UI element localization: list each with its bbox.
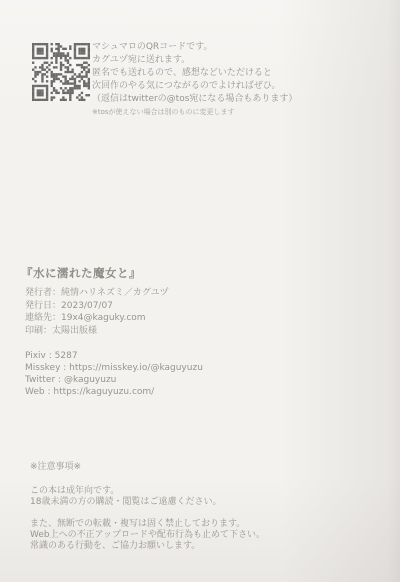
link-separator: : bbox=[46, 351, 55, 361]
qr-text-line: マシュマロのQRコードです。 bbox=[92, 41, 392, 54]
notice-section: ※注意事項※ この本は成年向です。 18歳未満の方の購読・閲覧はご遠慮ください。… bbox=[30, 459, 265, 552]
publication-separator: ： bbox=[52, 301, 61, 311]
link-separator: : bbox=[55, 375, 64, 385]
notice-line: 18歳未満の方の購読・閲覧はご遠慮ください。 bbox=[30, 497, 265, 508]
publication-label: 連絡先 bbox=[25, 313, 52, 323]
publication-row-date: 発行日：2023/07/07 bbox=[25, 300, 169, 313]
publication-label: 発行日 bbox=[25, 301, 52, 311]
publication-info: 発行者：純情ハリネズミ／カグユヅ 発行日：2023/07/07 連絡先：19x4… bbox=[25, 287, 169, 337]
qr-text-line: カグユヅ宛に送れます。 bbox=[92, 54, 392, 67]
link-row-misskey: Misskey : https://misskey.io/@kaguyuzu bbox=[25, 362, 203, 374]
link-value: 5287 bbox=[55, 351, 78, 361]
notice-paragraph-gap bbox=[30, 509, 265, 519]
link-row-web: Web : https://kaguyuzu.com/ bbox=[25, 386, 203, 398]
link-separator: : bbox=[60, 363, 69, 373]
publication-value: 純情ハリネズミ／カグユヅ bbox=[61, 288, 169, 298]
publication-label: 発行者 bbox=[25, 288, 52, 298]
qr-description: マシュマロのQRコードです。 カグユヅ宛に送れます。 匿名でも送れるので、感想な… bbox=[92, 41, 392, 117]
qr-text-line: 次回作のやる気につながるのでよければぜひ。 bbox=[92, 80, 392, 93]
notice-line: この本は成年向です。 bbox=[30, 486, 265, 497]
notice-header: ※注意事項※ bbox=[30, 459, 265, 472]
book-title: 『水に濡れた魔女と』 bbox=[21, 265, 141, 281]
marshmallow-qr-code-icon bbox=[32, 43, 90, 101]
publication-value: 19x4@kaguky.com bbox=[61, 313, 146, 323]
publication-row-publisher: 発行者：純情ハリネズミ／カグユヅ bbox=[25, 287, 169, 300]
notice-line: また、無断での転載・複写は固く禁止しております。 bbox=[30, 519, 265, 530]
publication-separator: ： bbox=[43, 326, 52, 336]
qr-footnote: ※tosが使えない場合は別のものに変更します bbox=[92, 107, 392, 117]
qr-text-line: 匿名でも送れるので、感想などいただけると bbox=[92, 67, 392, 80]
publication-row-printer: 印刷：太陽出版様 bbox=[25, 325, 169, 338]
link-value: https://misskey.io/@kaguyuzu bbox=[69, 363, 203, 373]
link-label: Misskey bbox=[25, 363, 60, 373]
publication-value: 2023/07/07 bbox=[61, 301, 113, 311]
notice-line: 常識のある行動を、ご協力お願いします。 bbox=[30, 541, 265, 552]
link-label: Web bbox=[25, 387, 45, 397]
publication-separator: ： bbox=[52, 288, 61, 298]
qr-text-line: （返信はtwitterの@tos宛になる場合もあります） bbox=[92, 93, 392, 106]
link-label: Twitter bbox=[25, 375, 55, 385]
publication-separator: ： bbox=[52, 313, 61, 323]
link-value: https://kaguyuzu.com/ bbox=[53, 387, 154, 397]
colophon-page: マシュマロのQRコードです。 カグユヅ宛に送れます。 匿名でも送れるので、感想な… bbox=[0, 0, 400, 582]
publication-value: 太陽出版様 bbox=[52, 326, 97, 336]
link-label: Pixiv bbox=[25, 351, 46, 361]
publication-label: 印刷 bbox=[25, 326, 43, 336]
link-row-twitter: Twitter : @kaguyuzu bbox=[25, 374, 203, 386]
links-section: Pixiv : 5287 Misskey : https://misskey.i… bbox=[25, 350, 203, 398]
link-row-pixiv: Pixiv : 5287 bbox=[25, 350, 203, 362]
publication-row-contact: 連絡先：19x4@kaguky.com bbox=[25, 312, 169, 325]
link-value: @kaguyuzu bbox=[64, 375, 116, 385]
notice-line: Web上への不正アップロードや配布行為も止めて下さい。 bbox=[30, 530, 265, 541]
